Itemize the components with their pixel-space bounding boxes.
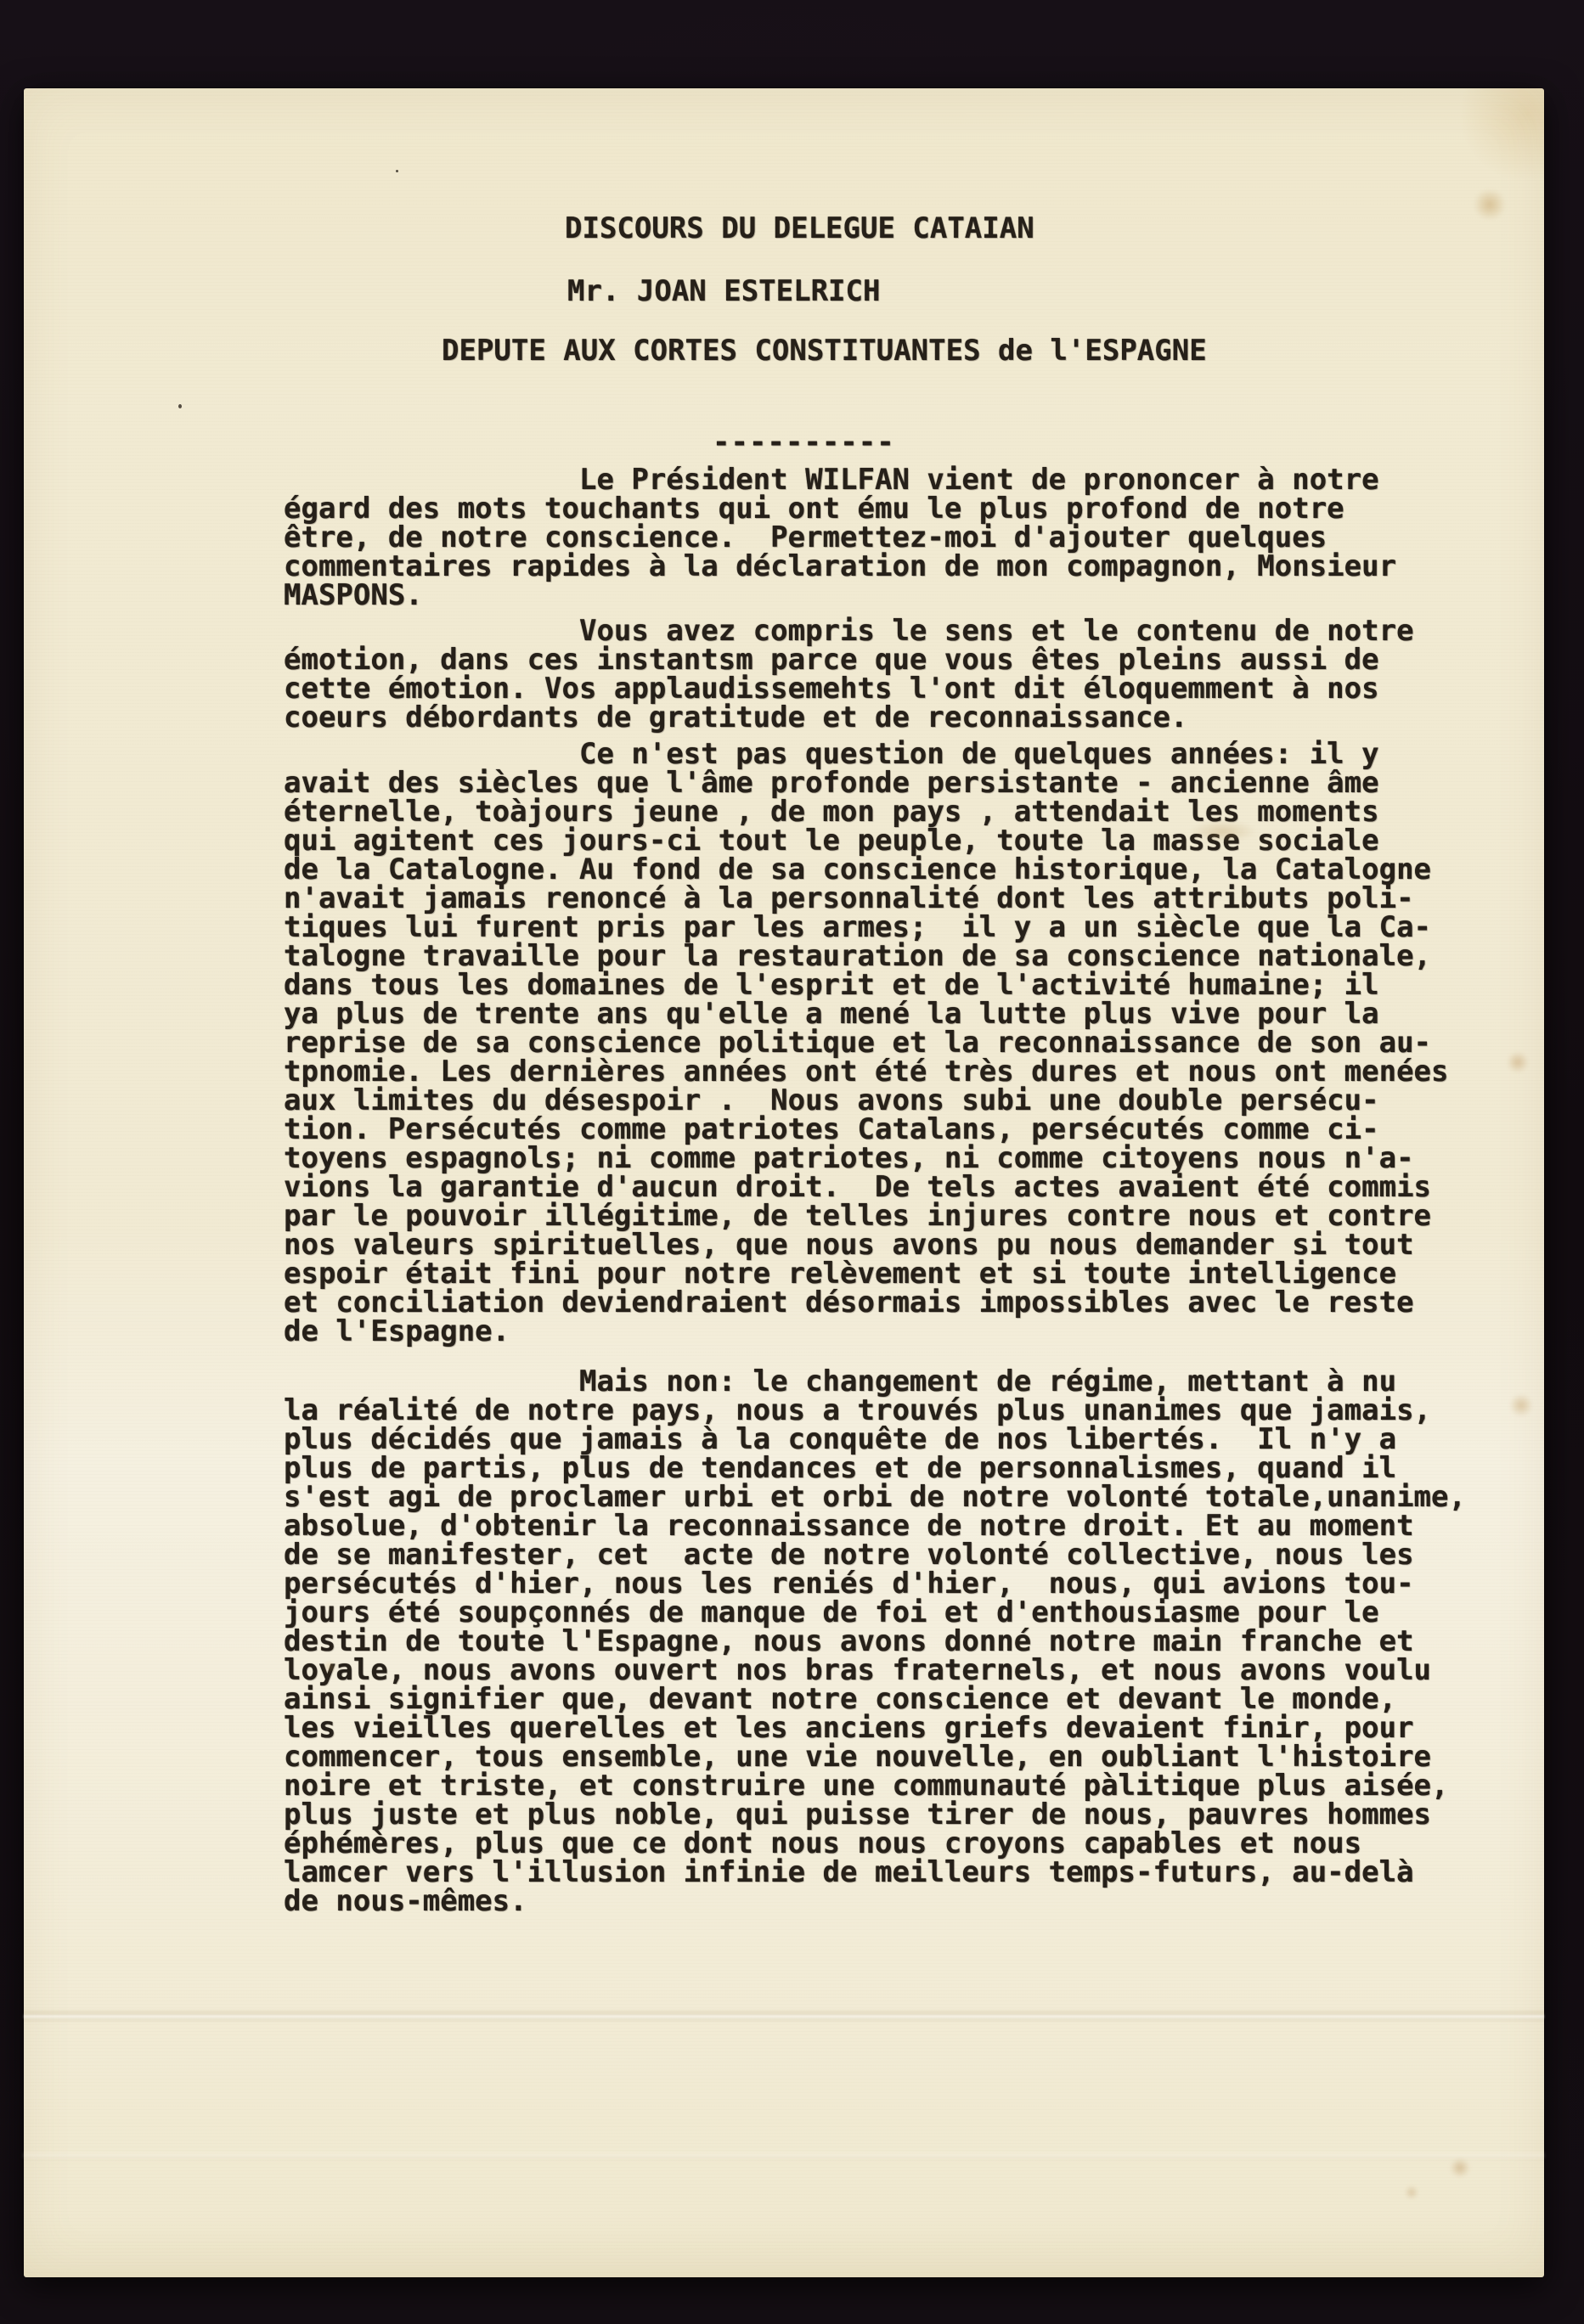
document-subtitle: DEPUTE AUX CORTES CONSTITUANTES de l'ESP… <box>442 336 1207 365</box>
paragraph-4: Mais non: le changement de régime, metta… <box>284 1367 1466 1916</box>
title-underline: ---------- <box>713 428 895 457</box>
foxing-spot <box>1449 2158 1471 2177</box>
photo-background: DISCOURS DU DELEGUE CATAIAN Mr. JOAN EST… <box>0 0 1584 2324</box>
foxing-spot <box>1472 190 1508 219</box>
document-page: DISCOURS DU DELEGUE CATAIAN Mr. JOAN EST… <box>24 88 1544 2277</box>
ink-speck <box>178 404 182 408</box>
foxing-spot <box>1506 1052 1530 1072</box>
foxing-spot <box>1404 2186 1419 2199</box>
foxing-spot <box>1508 1394 1534 1416</box>
foxing-spot <box>1189 820 1257 842</box>
document-author: Mr. JOAN ESTELRICH <box>567 277 880 306</box>
paragraph-3: Ce n'est pas question de quelques années… <box>284 740 1448 1346</box>
paragraph-1: Le Président WILFAN vient de prononcer à… <box>284 465 1396 610</box>
document-title: DISCOURS DU DELEGUE CATAIAN <box>565 214 1034 243</box>
fold-crease <box>24 2009 1544 2023</box>
fold-crease-soft <box>24 2152 1544 2160</box>
paragraph-2: Vous avez compris le sens et le contenu … <box>284 616 1414 732</box>
ink-speck <box>396 170 398 172</box>
foxing-spot <box>323 1661 336 1673</box>
